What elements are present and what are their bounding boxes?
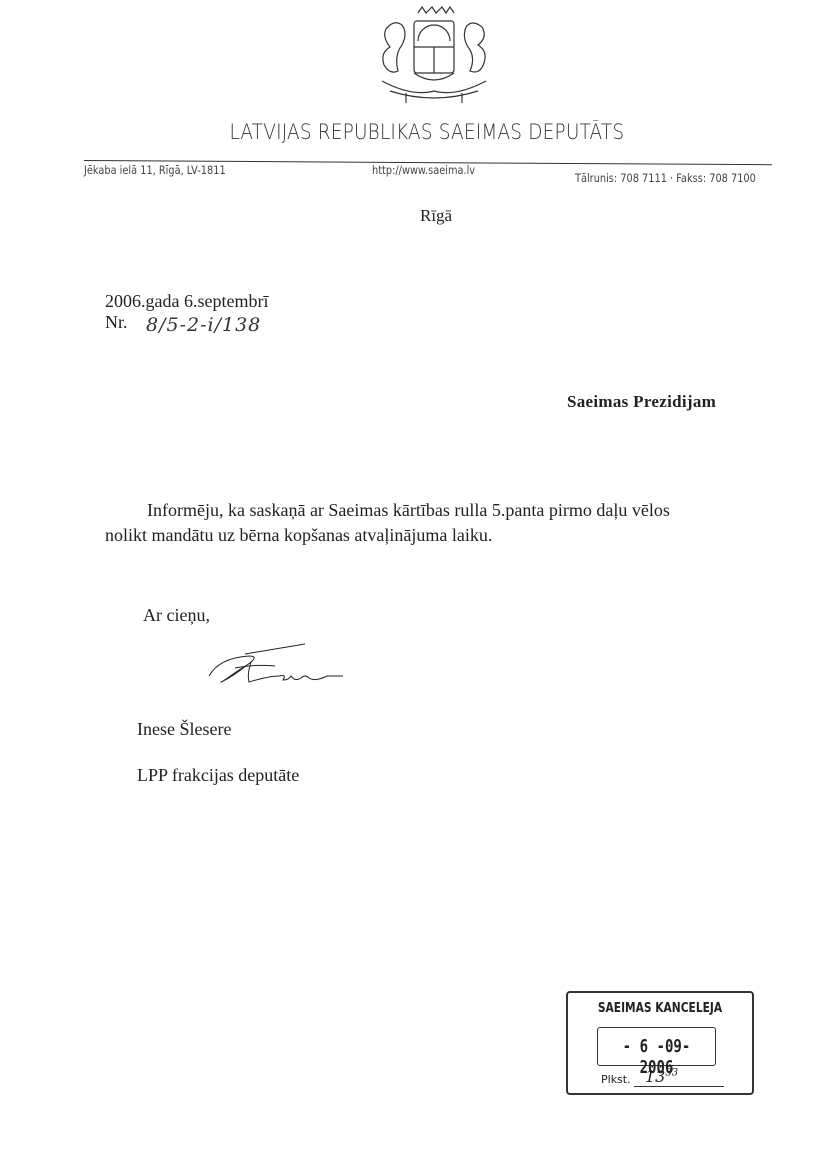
registration-stamp: SAEIMAS KANCELEJA - 6 -09- 2006 Plkst. 1… [566,991,754,1095]
stamp-title: SAEIMAS KANCELEJA [585,1001,736,1016]
signature-icon [205,640,345,690]
signatory-position: LPP frakcijas deputāte [137,765,299,786]
address-text: Jēkaba ielā 11, Rīgā, LV-1811 [84,163,226,177]
place-text: Rīgā [420,206,452,226]
body-line-1: Informēju, ka saskaņā ar Saeimas kārtība… [147,500,670,521]
coat-of-arms-icon [368,3,500,107]
stamp-time-minutes: 33 [665,1068,678,1079]
stamp-date-box: - 6 -09- 2006 [597,1027,716,1066]
letter-date: 2006.gada 6.septembrī [105,291,268,312]
stamp-time-label: Plkst. [601,1073,631,1086]
reference-number-handwritten: 8/5-2-i/138 [146,314,261,336]
closing-text: Ar cieņu, [143,605,210,626]
signatory-name: Inese Šlesere [137,719,231,740]
reference-label: Nr. [105,312,128,333]
stamp-time-handwritten: 1333 [645,1067,678,1086]
body-line-2: nolikt mandātu uz bērna kopšanas atvaļin… [105,525,492,546]
recipient: Saeimas Prezidijam [567,392,716,412]
stamp-time-underline [634,1086,724,1087]
website-link[interactable]: http://www.saeima.lv [372,163,475,177]
stamp-time-hour: 13 [645,1067,665,1086]
phone-fax-text: Tālrunis: 708 7111 · Fakss: 708 7100 [575,171,756,185]
organization-heading: LATVIJAS REPUBLIKAS SAEIMAS DEPUTĀTS [52,120,803,144]
